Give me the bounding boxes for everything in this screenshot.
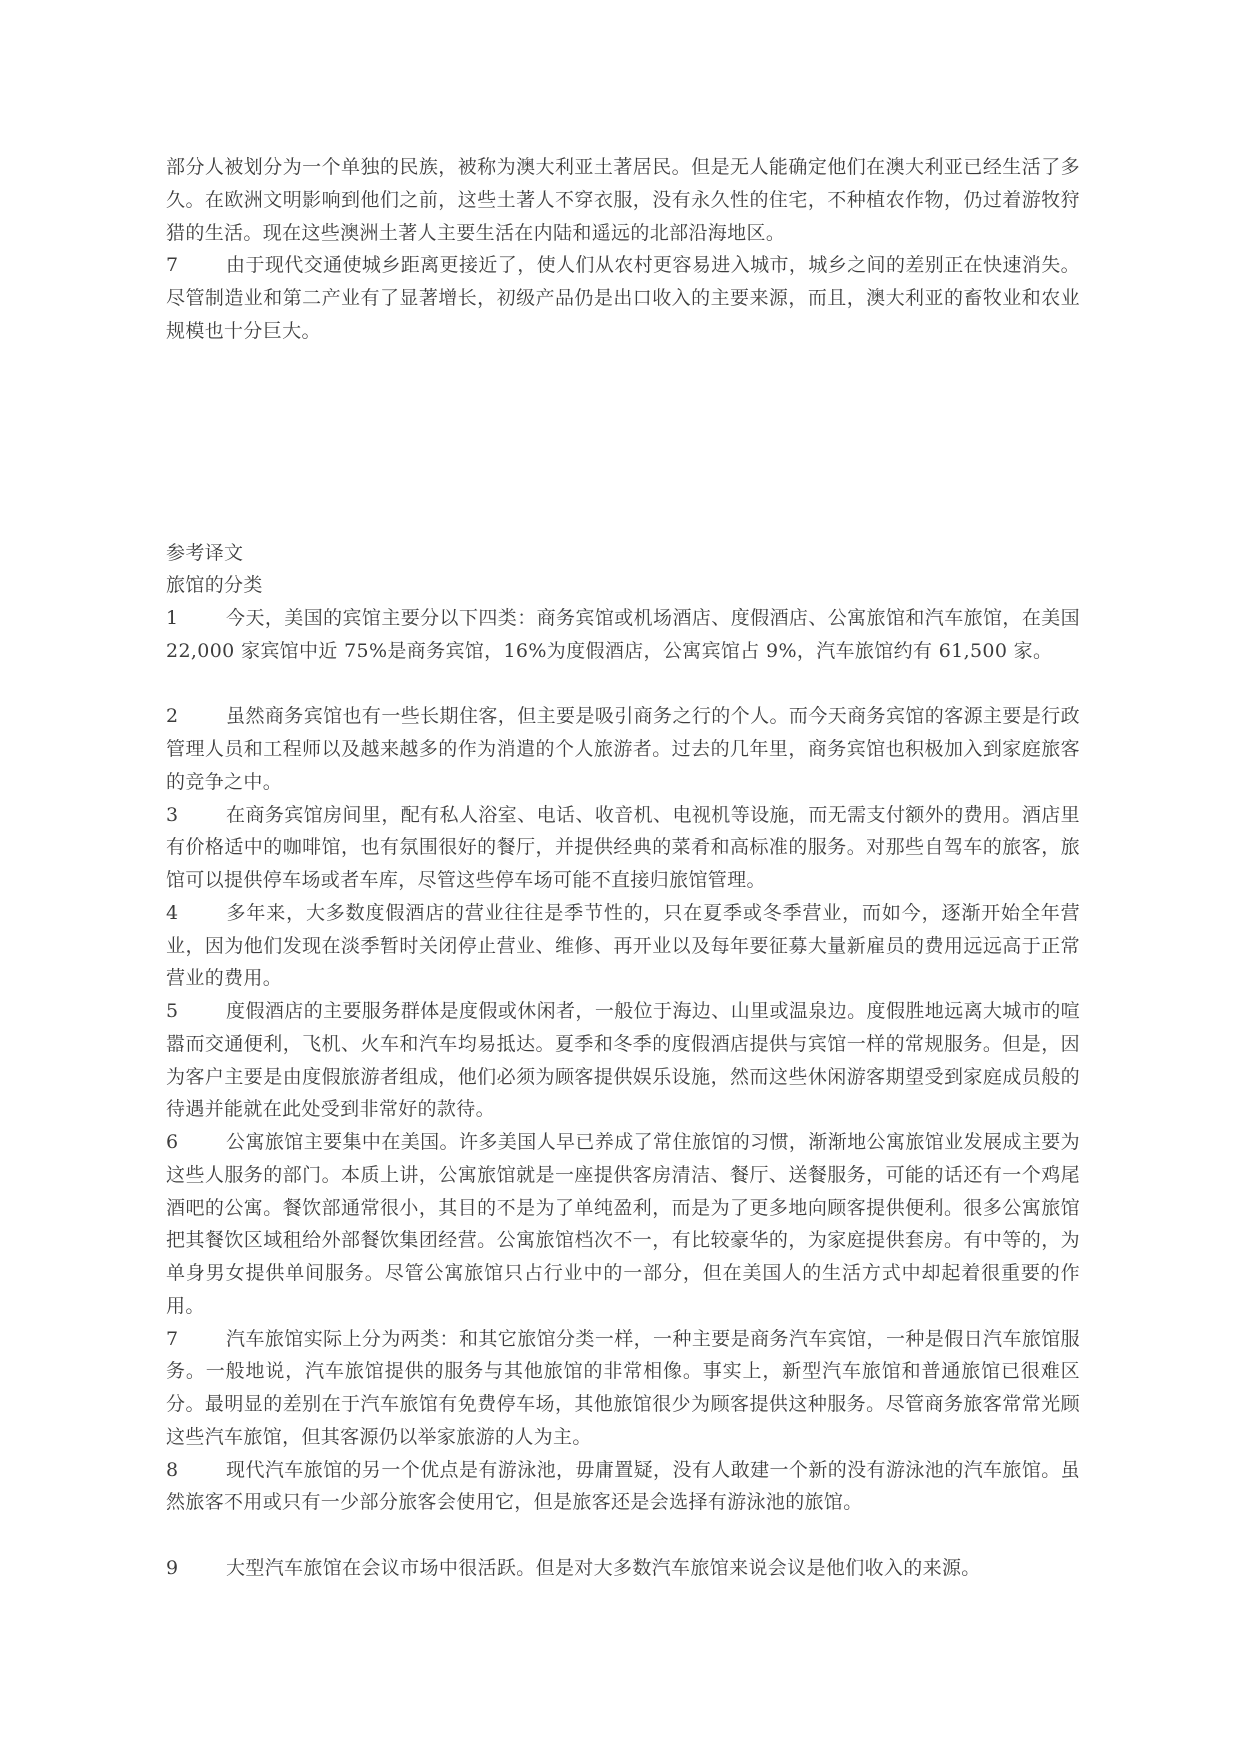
paragraph-text: 公寓旅馆主要集中在美国。许多美国人早已养成了常住旅馆的习惯，渐渐地公寓旅馆业发展… [166,1131,1080,1317]
paragraph-number: 2 [166,700,226,733]
translation-paragraph-4: 4多年来，大多数度假酒店的营业往往是季节性的，只在夏季或冬季营业，而如今，逐渐开… [166,897,1080,995]
translation-paragraph-3: 3在商务宾馆房间里，配有私人浴室、电话、收音机、电视机等设施，而无需支付额外的费… [166,799,1080,897]
paragraph-text: 在商务宾馆房间里，配有私人浴室、电话、收音机、电视机等设施，而无需支付额外的费用… [166,804,1080,892]
section-heading: 参考译文 [166,537,1080,570]
paragraph-number: 4 [166,897,226,930]
paragraph-text: 度假酒店的主要服务群体是度假或休闲者，一般位于海边、山里或温泉边。度假胜地远离大… [166,1000,1080,1120]
paragraph-number: 5 [166,995,226,1028]
translation-paragraph-6: 6公寓旅馆主要集中在美国。许多美国人早已养成了常住旅馆的习惯，渐渐地公寓旅馆业发… [166,1126,1080,1323]
paragraph-text: 虽然商务宾馆也有一些长期住客，但主要是吸引商务之行的个人。而今天商务宾馆的客源主… [166,705,1080,793]
translation-paragraph-2: 2虽然商务宾馆也有一些长期住客，但主要是吸引商务之行的个人。而今天商务宾馆的客源… [166,700,1080,798]
continuation-paragraph-7: 7由于现代交通使城乡距离更接近了，使人们从农村更容易进入城市，城乡之间的差别正在… [166,249,1080,347]
translation-paragraph-8: 8现代汽车旅馆的另一个优点是有游泳池，毋庸置疑，没有人敢建一个新的没有游泳池的汽… [166,1454,1080,1520]
paragraph-number: 7 [166,249,226,282]
translation-section: 参考译文 旅馆的分类 1今天，美国的宾馆主要分以下四类：商务宾馆或机场酒店、度假… [166,537,1080,1585]
translation-paragraph-7: 7汽车旅馆实际上分为两类：和其它旅馆分类一样，一种主要是商务汽车宾馆，一种是假日… [166,1323,1080,1454]
continuation-section: 部分人被划分为一个单独的民族，被称为澳大利亚土著居民。但是无人能确定他们在澳大利… [166,151,1080,348]
paragraph-number: 1 [166,602,226,635]
paragraph-text: 现代汽车旅馆的另一个优点是有游泳池，毋庸置疑，没有人敢建一个新的没有游泳池的汽车… [166,1459,1080,1514]
continuation-paragraph: 部分人被划分为一个单独的民族，被称为澳大利亚土著居民。但是无人能确定他们在澳大利… [166,151,1080,249]
paragraph-number: 7 [166,1323,226,1356]
translation-paragraph-5: 5度假酒店的主要服务群体是度假或休闲者，一般位于海边、山里或温泉边。度假胜地远离… [166,995,1080,1126]
translation-paragraph-9: 9大型汽车旅馆在会议市场中很活跃。但是对大多数汽车旅馆来说会议是他们收入的来源。 [166,1552,1080,1585]
paragraph-number: 8 [166,1454,226,1487]
document-page: 部分人被划分为一个单独的民族，被称为澳大利亚土著居民。但是无人能确定他们在澳大利… [0,0,1241,1754]
paragraph-number: 3 [166,799,226,832]
paragraph-text: 由于现代交通使城乡距离更接近了，使人们从农村更容易进入城市，城乡之间的差别正在快… [166,254,1080,342]
paragraph-text: 多年来，大多数度假酒店的营业往往是季节性的，只在夏季或冬季营业，而如今，逐渐开始… [166,902,1080,990]
paragraph-text: 今天，美国的宾馆主要分以下四类：商务宾馆或机场酒店、度假酒店、公寓旅馆和汽车旅馆… [166,607,1080,662]
paragraph-text: 大型汽车旅馆在会议市场中很活跃。但是对大多数汽车旅馆来说会议是他们收入的来源。 [226,1557,981,1579]
document-content: 部分人被划分为一个单独的民族，被称为澳大利亚土著居民。但是无人能确定他们在澳大利… [166,151,1080,1585]
translation-paragraph-1: 1今天，美国的宾馆主要分以下四类：商务宾馆或机场酒店、度假酒店、公寓旅馆和汽车旅… [166,602,1080,668]
paragraph-number: 9 [166,1552,226,1585]
article-title: 旅馆的分类 [166,569,1080,602]
paragraph-number: 6 [166,1126,226,1159]
paragraph-text: 汽车旅馆实际上分为两类：和其它旅馆分类一样，一种主要是商务汽车宾馆，一种是假日汽… [166,1328,1080,1448]
